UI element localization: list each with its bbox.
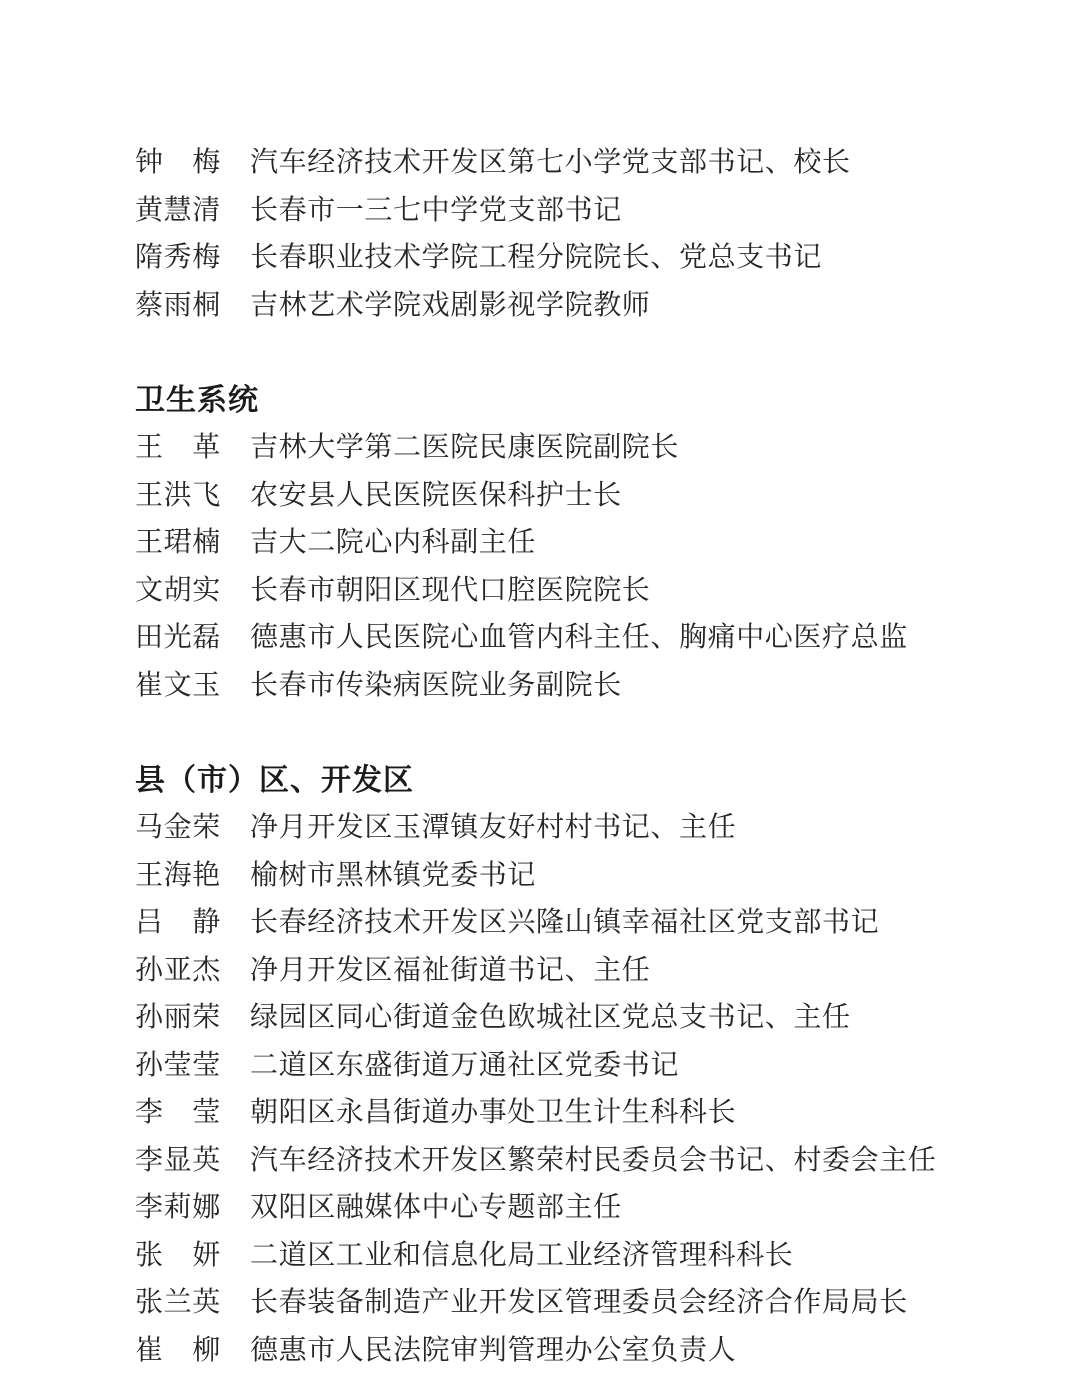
person-name: 吕 静 <box>135 899 221 947</box>
list-item: 马金荣 净月开发区玉潭镇友好村村书记、主任 <box>135 804 1020 852</box>
person-title: 二道区东盛街道万通社区党委书记 <box>250 1042 1020 1090</box>
person-name: 崔 柳 <box>135 1327 221 1375</box>
person-title: 德惠市人民法院审判管理办公室负责人 <box>250 1327 1020 1375</box>
person-title: 长春市朝阳区现代口腔医院院长 <box>250 567 1020 615</box>
person-title: 汽车经济技术开发区繁荣村民委员会书记、村委会主任 <box>250 1137 1020 1185</box>
person-name: 张 妍 <box>135 1232 221 1280</box>
person-name: 孙亚杰 <box>135 947 221 995</box>
list-item: 崔 柳 德惠市人民法院审判管理办公室负责人 <box>135 1327 1020 1375</box>
list-item: 李 莹 朝阳区永昌街道办事处卫生计生科科长 <box>135 1089 1020 1137</box>
person-name: 田光磊 <box>135 614 221 662</box>
section-heading-health-system: 卫生系统 <box>135 377 1020 425</box>
list-item: 蔡雨桐 吉林艺术学院戏剧影视学院教师 <box>135 282 1020 330</box>
person-title: 榆树市黑林镇党委书记 <box>250 852 1020 900</box>
person-title: 朝阳区永昌街道办事处卫生计生科科长 <box>250 1089 1020 1137</box>
person-name: 崔文玉 <box>135 662 221 710</box>
person-name: 孙丽荣 <box>135 994 221 1042</box>
person-name: 孙莹莹 <box>135 1042 221 1090</box>
person-title: 农安县人民医院医保科护士长 <box>250 472 1020 520</box>
list-item: 王珺楠 吉大二院心内科副主任 <box>135 519 1020 567</box>
person-title: 二道区工业和信息化局工业经济管理科科长 <box>250 1232 1020 1280</box>
person-name: 隋秀梅 <box>135 234 221 282</box>
list-item: 王洪飞 农安县人民医院医保科护士长 <box>135 472 1020 520</box>
person-title: 长春装备制造产业开发区管理委员会经济合作局局长 <box>250 1279 1020 1327</box>
list-item: 李显英 汽车经济技术开发区繁荣村民委员会书记、村委会主任 <box>135 1137 1020 1185</box>
person-name: 蔡雨桐 <box>135 282 221 330</box>
person-name: 王洪飞 <box>135 472 221 520</box>
list-item: 孙莹莹 二道区东盛街道万通社区党委书记 <box>135 1042 1020 1090</box>
person-name: 李 莹 <box>135 1089 221 1137</box>
list-item: 隋秀梅 长春职业技术学院工程分院院长、党总支书记 <box>135 234 1020 282</box>
person-name: 李显英 <box>135 1137 221 1185</box>
person-title: 汽车经济技术开发区第七小学党支部书记、校长 <box>250 139 1020 187</box>
list-item: 孙亚杰 净月开发区福祉街道书记、主任 <box>135 947 1020 995</box>
person-name: 王 革 <box>135 424 221 472</box>
person-title: 长春经济技术开发区兴隆山镇幸福社区党支部书记 <box>250 899 1020 947</box>
person-name: 马金荣 <box>135 804 221 852</box>
list-item: 张 妍 二道区工业和信息化局工业经济管理科科长 <box>135 1232 1020 1280</box>
list-item: 钟 梅 汽车经济技术开发区第七小学党支部书记、校长 <box>135 139 1020 187</box>
person-title: 德惠市人民医院心血管内科主任、胸痛中心医疗总监 <box>250 614 1020 662</box>
person-title: 净月开发区福祉街道书记、主任 <box>250 947 1020 995</box>
person-title: 净月开发区玉潭镇友好村村书记、主任 <box>250 804 1020 852</box>
person-title: 吉大二院心内科副主任 <box>250 519 1020 567</box>
list-item: 张兰英 长春装备制造产业开发区管理委员会经济合作局局长 <box>135 1279 1020 1327</box>
section-heading-county-district: 县（市）区、开发区 <box>135 757 1020 805</box>
person-name: 黄慧清 <box>135 187 221 235</box>
list-item: 吕 静 长春经济技术开发区兴隆山镇幸福社区党支部书记 <box>135 899 1020 947</box>
list-item: 文胡实 长春市朝阳区现代口腔医院院长 <box>135 567 1020 615</box>
person-title: 吉林艺术学院戏剧影视学院教师 <box>250 282 1020 330</box>
person-name: 李莉娜 <box>135 1184 221 1232</box>
person-title: 绿园区同心街道金色欧城社区党总支书记、主任 <box>250 994 1020 1042</box>
person-name: 王海艳 <box>135 852 221 900</box>
document-page: 钟 梅 汽车经济技术开发区第七小学党支部书记、校长 黄慧清 长春市一三七中学党支… <box>0 0 1080 1385</box>
person-title: 双阳区融媒体中心专题部主任 <box>250 1184 1020 1232</box>
list-item: 田光磊 德惠市人民医院心血管内科主任、胸痛中心医疗总监 <box>135 614 1020 662</box>
person-title: 长春市传染病医院业务副院长 <box>250 662 1020 710</box>
person-name: 王珺楠 <box>135 519 221 567</box>
list-item: 崔文玉 长春市传染病医院业务副院长 <box>135 662 1020 710</box>
person-title: 吉林大学第二医院民康医院副院长 <box>250 424 1020 472</box>
person-title: 长春市一三七中学党支部书记 <box>250 187 1020 235</box>
list-item: 孙丽荣 绿园区同心街道金色欧城社区党总支书记、主任 <box>135 994 1020 1042</box>
person-name: 文胡实 <box>135 567 221 615</box>
person-title: 长春职业技术学院工程分院院长、党总支书记 <box>250 234 1020 282</box>
list-item: 王 革 吉林大学第二医院民康医院副院长 <box>135 424 1020 472</box>
person-name: 钟 梅 <box>135 139 221 187</box>
list-item: 黄慧清 长春市一三七中学党支部书记 <box>135 187 1020 235</box>
list-item: 王海艳 榆树市黑林镇党委书记 <box>135 852 1020 900</box>
person-name: 张兰英 <box>135 1279 221 1327</box>
list-item: 李莉娜 双阳区融媒体中心专题部主任 <box>135 1184 1020 1232</box>
